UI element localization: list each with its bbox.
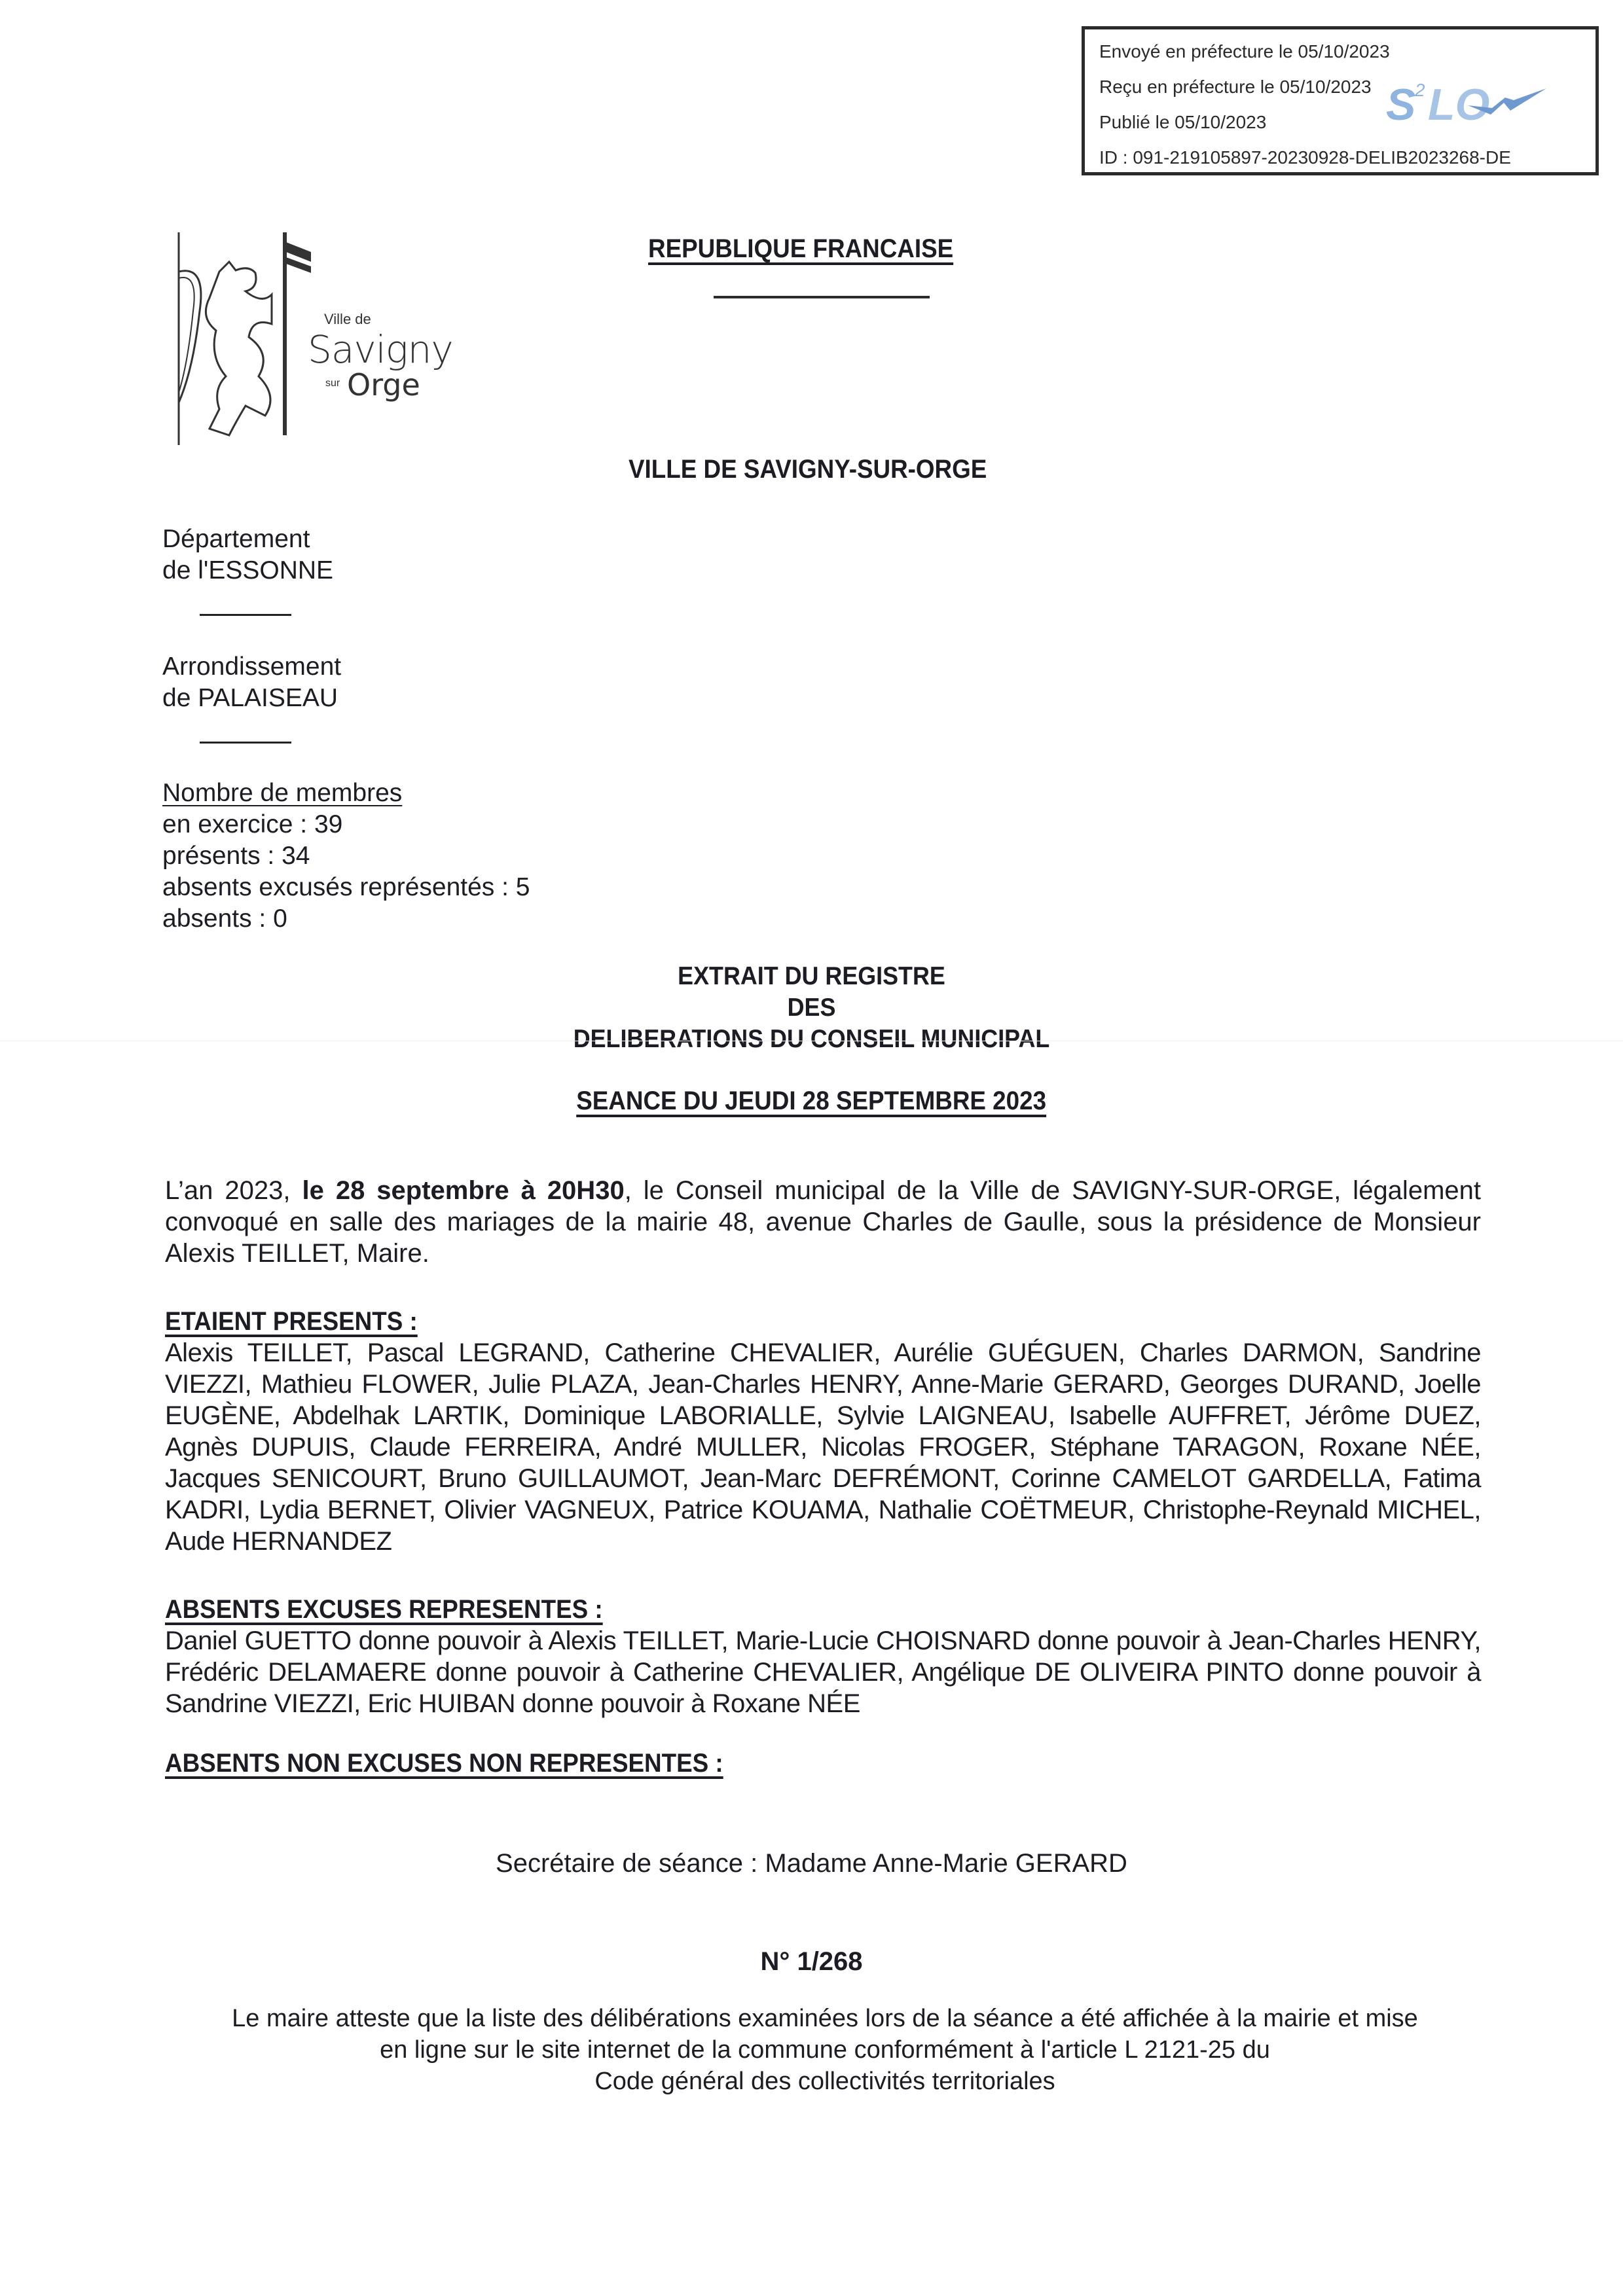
presents-section: ETAIENT PRESENTS : Alexis TEILLET, Pasca… [165,1306,1481,1557]
seance-text: SEANCE DU JEUDI 28 SEPTEMBRE 2023 [577,1086,1047,1116]
membres-item: présents : 34 [162,840,530,872]
intro-date: le 28 septembre à 20H30 [302,1176,624,1205]
presents-title: ETAIENT PRESENTS : [165,1306,418,1337]
lion-heraldry-icon [173,226,311,452]
departement-label: Département [162,524,333,555]
absents-excuses-section: ABSENTS EXCUSES REPRESENTES : Daniel GUE… [165,1594,1481,1719]
seance-title: SEANCE DU JEUDI 28 SEPTEMBRE 2023 [0,1086,1623,1116]
secretaire-seance: Secrétaire de séance : Madame Anne-Marie… [0,1849,1623,1878]
logo-orge: Orge [347,367,420,403]
svg-text:LO: LO [1428,80,1489,130]
membres-title: Nombre de membres [162,778,530,809]
absents-excuses-text: Daniel GUETTO donne pouvoir à Alexis TEI… [165,1625,1481,1719]
logo-savigny: Savigny [308,327,453,372]
membres-list: en exercice : 39présents : 34absents exc… [162,809,530,935]
membres-block: Nombre de membres en exercice : 39présen… [162,778,530,935]
scan-artifact [0,1041,1623,1041]
divider [200,614,291,616]
svg-text:2: 2 [1414,80,1425,100]
s2lo-logo-icon: S 2 LO [1386,74,1550,133]
attestation-line-3: Code général des collectivités territori… [131,2066,1519,2097]
membres-item: absents excusés représentés : 5 [162,872,530,903]
presents-names: Alexis TEILLET, Pascal LEGRAND, Catherin… [165,1337,1481,1557]
svg-text:S: S [1386,80,1415,130]
logo-ville-de: Ville de [324,311,371,328]
extrait-line-3: DELIBERATIONS DU CONSEIL MUNICIPAL [65,1024,1558,1055]
stamp-envoye: Envoyé en préfecture le 05/10/2023 [1099,41,1390,62]
ville-title: VILLE DE SAVIGNY-SUR-ORGE [629,455,987,484]
stamp-publie: Publié le 05/10/2023 [1099,112,1266,133]
absents-non-excuses-section: ABSENTS NON EXCUSES NON REPRESENTES : [165,1748,1481,1779]
intro-paragraph: L’an 2023, le 28 septembre à 20H30, le C… [165,1175,1481,1269]
extrait-line-2: DES [65,992,1558,1024]
republique-title: REPUBLIQUE FRANCAISE [648,234,953,264]
prefecture-stamp: Envoyé en préfecture le 05/10/2023 Reçu … [1082,26,1599,175]
attestation: Le maire atteste que la liste des délibé… [131,2003,1519,2097]
attestation-line-1: Le maire atteste que la liste des délibé… [131,2003,1519,2034]
arrondissement-block: Arrondissement de PALAISEAU [162,651,341,714]
attestation-line-2: en ligne sur le site internet de la comm… [131,2034,1519,2066]
absents-excuses-title: ABSENTS EXCUSES REPRESENTES : [165,1594,603,1625]
divider [200,742,291,744]
departement-value: de l'ESSONNE [162,555,333,586]
stamp-id: ID : 091-219105897-20230928-DELIB2023268… [1099,147,1511,168]
intro-prefix: L’an 2023, [165,1176,302,1205]
arrondissement-value: de PALAISEAU [162,683,341,714]
deliberation-number: N° 1/268 [0,1947,1623,1977]
stamp-recu: Reçu en préfecture le 05/10/2023 [1099,77,1372,98]
departement-block: Département de l'ESSONNE [162,524,333,586]
absents-non-excuses-title: ABSENTS NON EXCUSES NON REPRESENTES : [165,1748,723,1779]
membres-item: en exercice : 39 [162,809,530,840]
membres-item: absents : 0 [162,903,530,935]
arrondissement-label: Arrondissement [162,651,341,683]
header-rule [714,296,930,298]
extrait-line-1: EXTRAIT DU REGISTRE [65,961,1558,992]
city-logo: Ville de Savigny sur Orge [173,226,435,452]
logo-sur: sur [325,378,340,389]
